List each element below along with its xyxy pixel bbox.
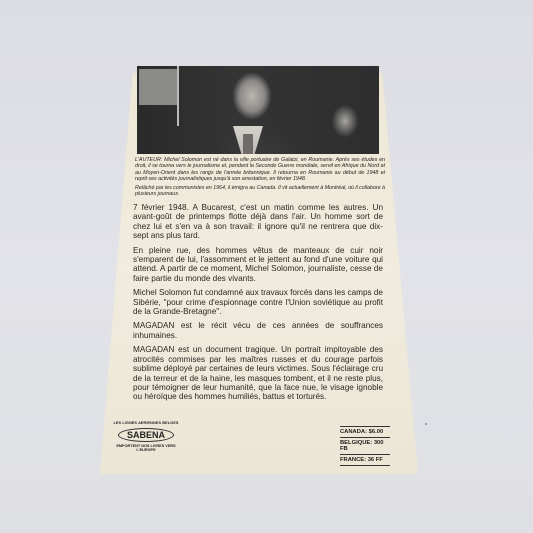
author-tie [243,134,253,154]
author-photo [137,66,379,154]
bio-paragraph: L'AUTEUR: Michel Solomon est né dans la … [135,157,385,182]
sabena-advert: LES LIGNES AERIENNES BELGES SABENA EMPOR… [111,421,181,453]
photo-background-frame [139,69,179,105]
synopsis-paragraph: 7 février 1948. A Bucarest, c'est un mat… [133,203,383,241]
sabena-logo: SABENA [118,428,174,442]
price-belgique: BELGIQUE: 300 FB [340,437,390,454]
bio-paragraph: Relâché par les communistes en 1964, il … [135,185,385,198]
author-bio: L'AUTEUR: Michel Solomon est né dans la … [135,157,385,201]
photo-divider [177,66,179,126]
price-france: FRANCE: 36 FF [340,454,390,466]
cover-content: L'AUTEUR: Michel Solomon est né dans la … [133,61,383,475]
synopsis-paragraph: En pleine rue, des hommes vêtus de mante… [133,246,383,284]
sabena-tagline-top: LES LIGNES AERIENNES BELGES [111,421,181,425]
synopsis-paragraph: MAGADAN est un document tragique. Un por… [133,345,383,401]
synopsis-paragraph: Michel Solomon fut condamné aux travaux … [133,288,383,316]
price-table: CANADA: $6.00 BELGIQUE: 300 FB FRANCE: 3… [340,426,390,466]
synopsis: 7 février 1948. A Bucarest, c'est un mat… [133,203,383,407]
price-canada: CANADA: $6.00 [340,426,390,437]
background-speck [425,423,427,425]
sabena-tagline-bottom: EMPORTENT NOS LIVRES VERS L'EUROPE [111,444,181,453]
synopsis-paragraph: MAGADAN est le récit vécu de ces années … [133,321,383,340]
